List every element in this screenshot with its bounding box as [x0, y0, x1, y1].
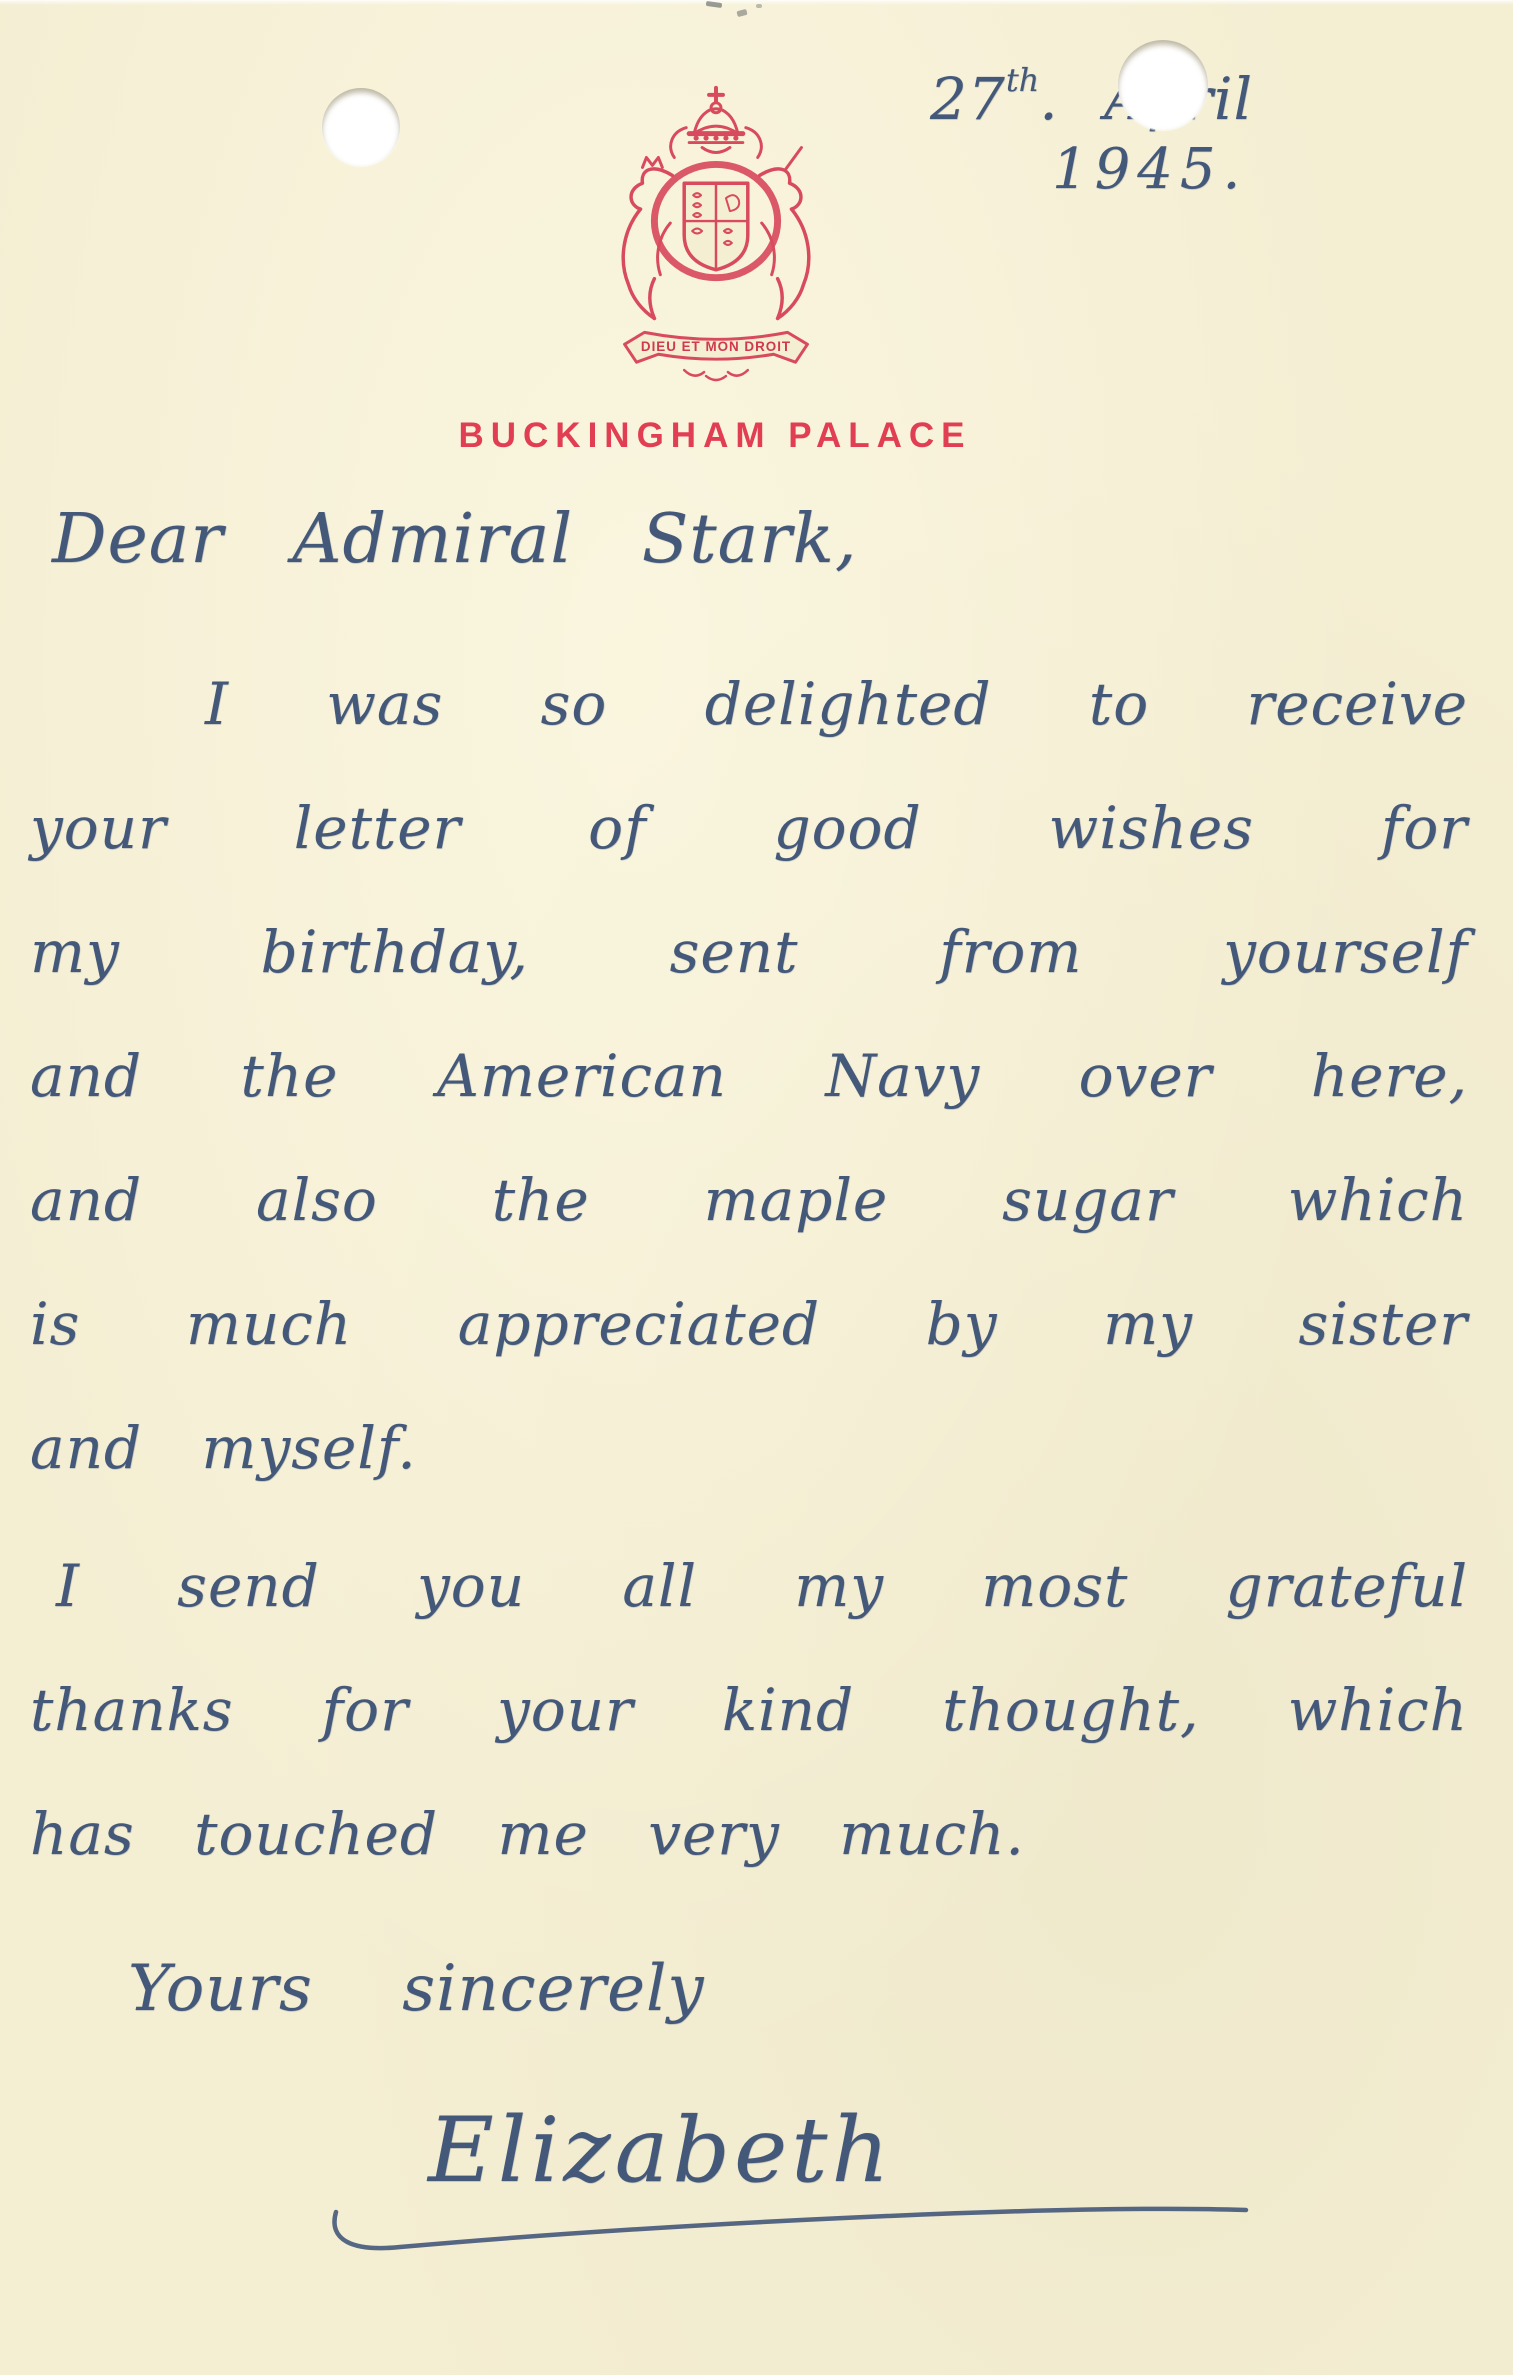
- signature: Elizabeth: [428, 2098, 893, 2203]
- salutation: Dear Admiral Stark,: [52, 500, 857, 579]
- royal-coat-of-arms-icon: DIEU ET MON DROIT: [555, 72, 877, 390]
- ink-smudge: [706, 1, 723, 8]
- date-separator: .: [1039, 65, 1058, 133]
- body-line-2: your letter of good wishes for: [30, 766, 1468, 890]
- date-year: 1945.: [930, 137, 1400, 203]
- body-line-3: my birthday, sent from yourself: [30, 890, 1468, 1014]
- body-line-6: is much appreciated by my sister: [30, 1262, 1468, 1386]
- date-ordinal: th: [1006, 61, 1039, 99]
- body-line-5: and also the maple sugar which: [30, 1138, 1468, 1262]
- letterhead-title: BUCKINGHAM PALACE: [356, 416, 1074, 456]
- ink-smudge: [756, 4, 762, 8]
- body-line-7: and myself.: [30, 1386, 1468, 1510]
- letter-page: DIEU ET MON DROIT BUCKINGHAM PALACE 27th…: [0, 0, 1513, 2375]
- closing: Yours sincerely: [128, 1952, 705, 2026]
- punch-hole-right: [1118, 40, 1208, 130]
- letter-body: I was so delighted to receive your lette…: [30, 642, 1468, 1896]
- ink-smudge: [736, 9, 747, 17]
- body-line-9: thanks for your kind thought, which: [30, 1648, 1468, 1772]
- punch-hole-left: [322, 88, 400, 166]
- body-line-10: has touched me very much.: [30, 1772, 1468, 1896]
- crest-motto: DIEU ET MON DROIT: [641, 339, 791, 354]
- body-line-1: I was so delighted to receive: [30, 642, 1468, 766]
- body-line-4: and the American Navy over here,: [30, 1014, 1468, 1138]
- body-line-8: I send you all my most grateful: [30, 1524, 1468, 1648]
- date-day: 27: [930, 65, 1006, 133]
